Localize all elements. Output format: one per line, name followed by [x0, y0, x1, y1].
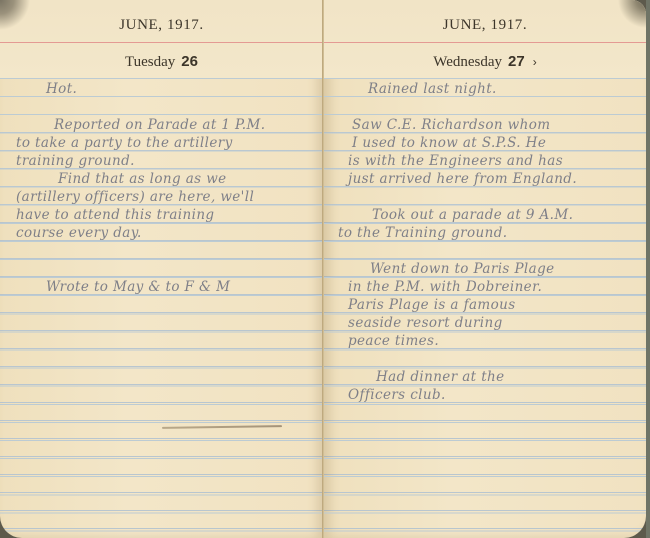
entry-line: Took out a parade at 9 A.M.	[372, 206, 573, 224]
red-header-rule	[324, 42, 646, 43]
diary-spread: JUNE, 1917. Tuesday26 Hot. Reported on P…	[0, 0, 650, 538]
entry-line: Had dinner at the	[376, 368, 505, 386]
left-page: JUNE, 1917. Tuesday26 Hot. Reported on P…	[0, 0, 323, 538]
entry-line: Went down to Paris Plage	[370, 260, 555, 278]
entry-line: to the Training ground.	[338, 224, 507, 242]
entry-line: peace times.	[348, 332, 439, 350]
entry-line: training ground.	[16, 152, 135, 170]
entry-line: Rained last night.	[368, 80, 497, 98]
entry-line: just arrived here from England.	[348, 170, 577, 188]
right-page: JUNE, 1917. Wednesday27› Rained last nig…	[324, 0, 646, 538]
entry-line: Paris Plage is a famous	[348, 296, 516, 314]
entry-line: (artillery officers) are here, we'll	[16, 188, 254, 206]
month-year-header: JUNE, 1917.	[324, 17, 646, 34]
moon-phase-icon: ›	[533, 55, 537, 69]
month-year-header: JUNE, 1917.	[0, 17, 323, 34]
weekday-label: Tuesday	[125, 54, 175, 70]
day-number: 27	[508, 53, 525, 70]
entry-line: Officers club.	[348, 386, 446, 404]
weekday-label: Wednesday	[433, 54, 502, 70]
date-line: Tuesday26	[0, 53, 323, 71]
entry-line: Find that as long as we	[58, 170, 227, 188]
entry-line: in the P.M. with Dobreiner.	[348, 278, 542, 296]
day-number: 26	[181, 53, 198, 70]
date-line: Wednesday27›	[324, 53, 646, 71]
entry-line: Wrote to May & to F & M	[46, 278, 230, 296]
entry-line: have to attend this training	[16, 206, 214, 224]
entry-line: course every day.	[16, 224, 142, 242]
entry-line: Hot.	[46, 80, 77, 98]
entry-line: seaside resort during	[348, 314, 503, 332]
entry-line: is with the Engineers and has	[348, 152, 563, 170]
entry-line: I used to know at S.P.S. He	[352, 134, 546, 152]
entry-line: to take a party to the artillery	[16, 134, 233, 152]
red-header-rule	[0, 42, 323, 43]
cover-edge	[646, 0, 650, 538]
entry-line: Saw C.E. Richardson whom	[352, 116, 550, 134]
entry-line: Reported on Parade at 1 P.M.	[54, 116, 265, 134]
